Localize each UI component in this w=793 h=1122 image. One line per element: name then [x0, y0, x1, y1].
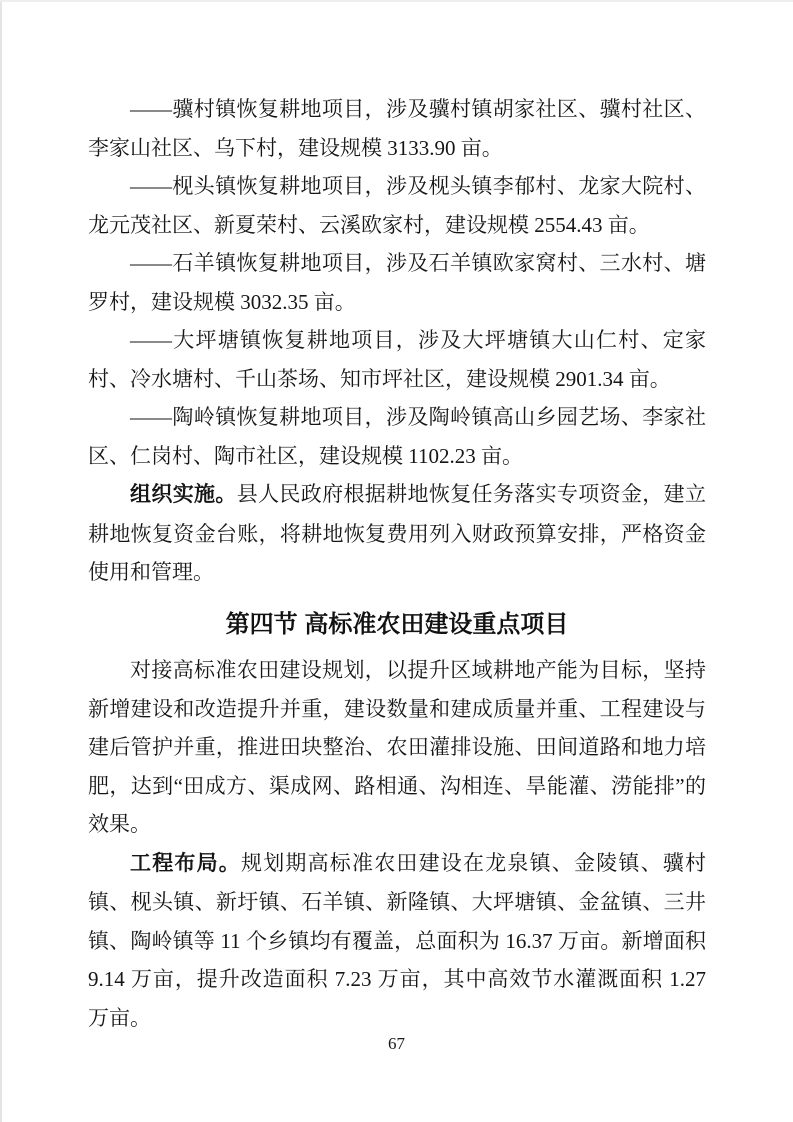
scan-edge-left	[0, 0, 2, 1122]
page-number: 67	[0, 1034, 793, 1054]
paragraph-taoling-project: ——陶岭镇恢复耕地项目，涉及陶岭镇高山乡园艺场、李家社区、仁岗村、陶市社区，建设…	[88, 398, 706, 475]
paragraph-text: ——骥村镇恢复耕地项目，涉及骥村镇胡家社区、骥村社区、李家山社区、乌下村，建设规…	[88, 97, 706, 160]
paragraph-jicun-project: ——骥村镇恢复耕地项目，涉及骥村镇胡家社区、骥村社区、李家山社区、乌下村，建设规…	[88, 90, 706, 167]
paragraph-dapingtang-project: ——大坪塘镇恢复耕地项目，涉及大坪塘镇大山仁村、定家村、冷水塘村、千山茶场、知市…	[88, 321, 706, 398]
paragraph-text: ——陶岭镇恢复耕地项目，涉及陶岭镇高山乡园艺场、李家社区、仁岗村、陶市社区，建设…	[88, 405, 706, 468]
paragraph-text: ——大坪塘镇恢复耕地项目，涉及大坪塘镇大山仁村、定家村、冷水塘村、千山茶场、知市…	[88, 328, 706, 391]
paragraph-text: 对接高标准农田建设规划，以提升区域耕地产能为目标，坚持新增建设和改造提升并重，建…	[88, 658, 706, 836]
paragraph-shiyang-project: ——石羊镇恢复耕地项目，涉及石羊镇欧家窝村、三水村、塘罗村，建设规模 3032.…	[88, 244, 706, 321]
scan-edge-top	[0, 0, 793, 2]
paragraph-text: ——石羊镇恢复耕地项目，涉及石羊镇欧家窝村、三水村、塘罗村，建设规模 3032.…	[88, 251, 706, 314]
body-text: ——骥村镇恢复耕地项目，涉及骥村镇胡家社区、骥村社区、李家山社区、乌下村，建设规…	[88, 90, 706, 1037]
paragraph-text: ——枧头镇恢复耕地项目，涉及枧头镇李郁村、龙家大院村、龙元茂社区、新夏荣村、云溪…	[88, 174, 706, 237]
paragraph-project-layout: 工程布局。规划期高标准农田建设在龙泉镇、金陵镇、骥村镇、枧头镇、新圩镇、石羊镇、…	[88, 844, 706, 1038]
paragraph-farmland-plan: 对接高标准农田建设规划，以提升区域耕地产能为目标，坚持新增建设和改造提升并重，建…	[88, 651, 706, 844]
section-heading: 第四节 高标准农田建设重点项目	[88, 606, 706, 645]
paragraph-lead-in: 工程布局。	[130, 852, 241, 875]
paragraph-lead-in: 组织实施。	[130, 483, 237, 506]
paragraph-text: 规划期高标准农田建设在龙泉镇、金陵镇、骥村镇、枧头镇、新圩镇、石羊镇、新隆镇、大…	[88, 851, 706, 1030]
paragraph-jiantou-project: ——枧头镇恢复耕地项目，涉及枧头镇李郁村、龙家大院村、龙元茂社区、新夏荣村、云溪…	[88, 167, 706, 244]
document-page: ——骥村镇恢复耕地项目，涉及骥村镇胡家社区、骥村社区、李家山社区、乌下村，建设规…	[0, 0, 793, 1122]
paragraph-organization: 组织实施。县人民政府根据耕地恢复任务落实专项资金，建立耕地恢复资金台账，将耕地恢…	[88, 475, 706, 592]
